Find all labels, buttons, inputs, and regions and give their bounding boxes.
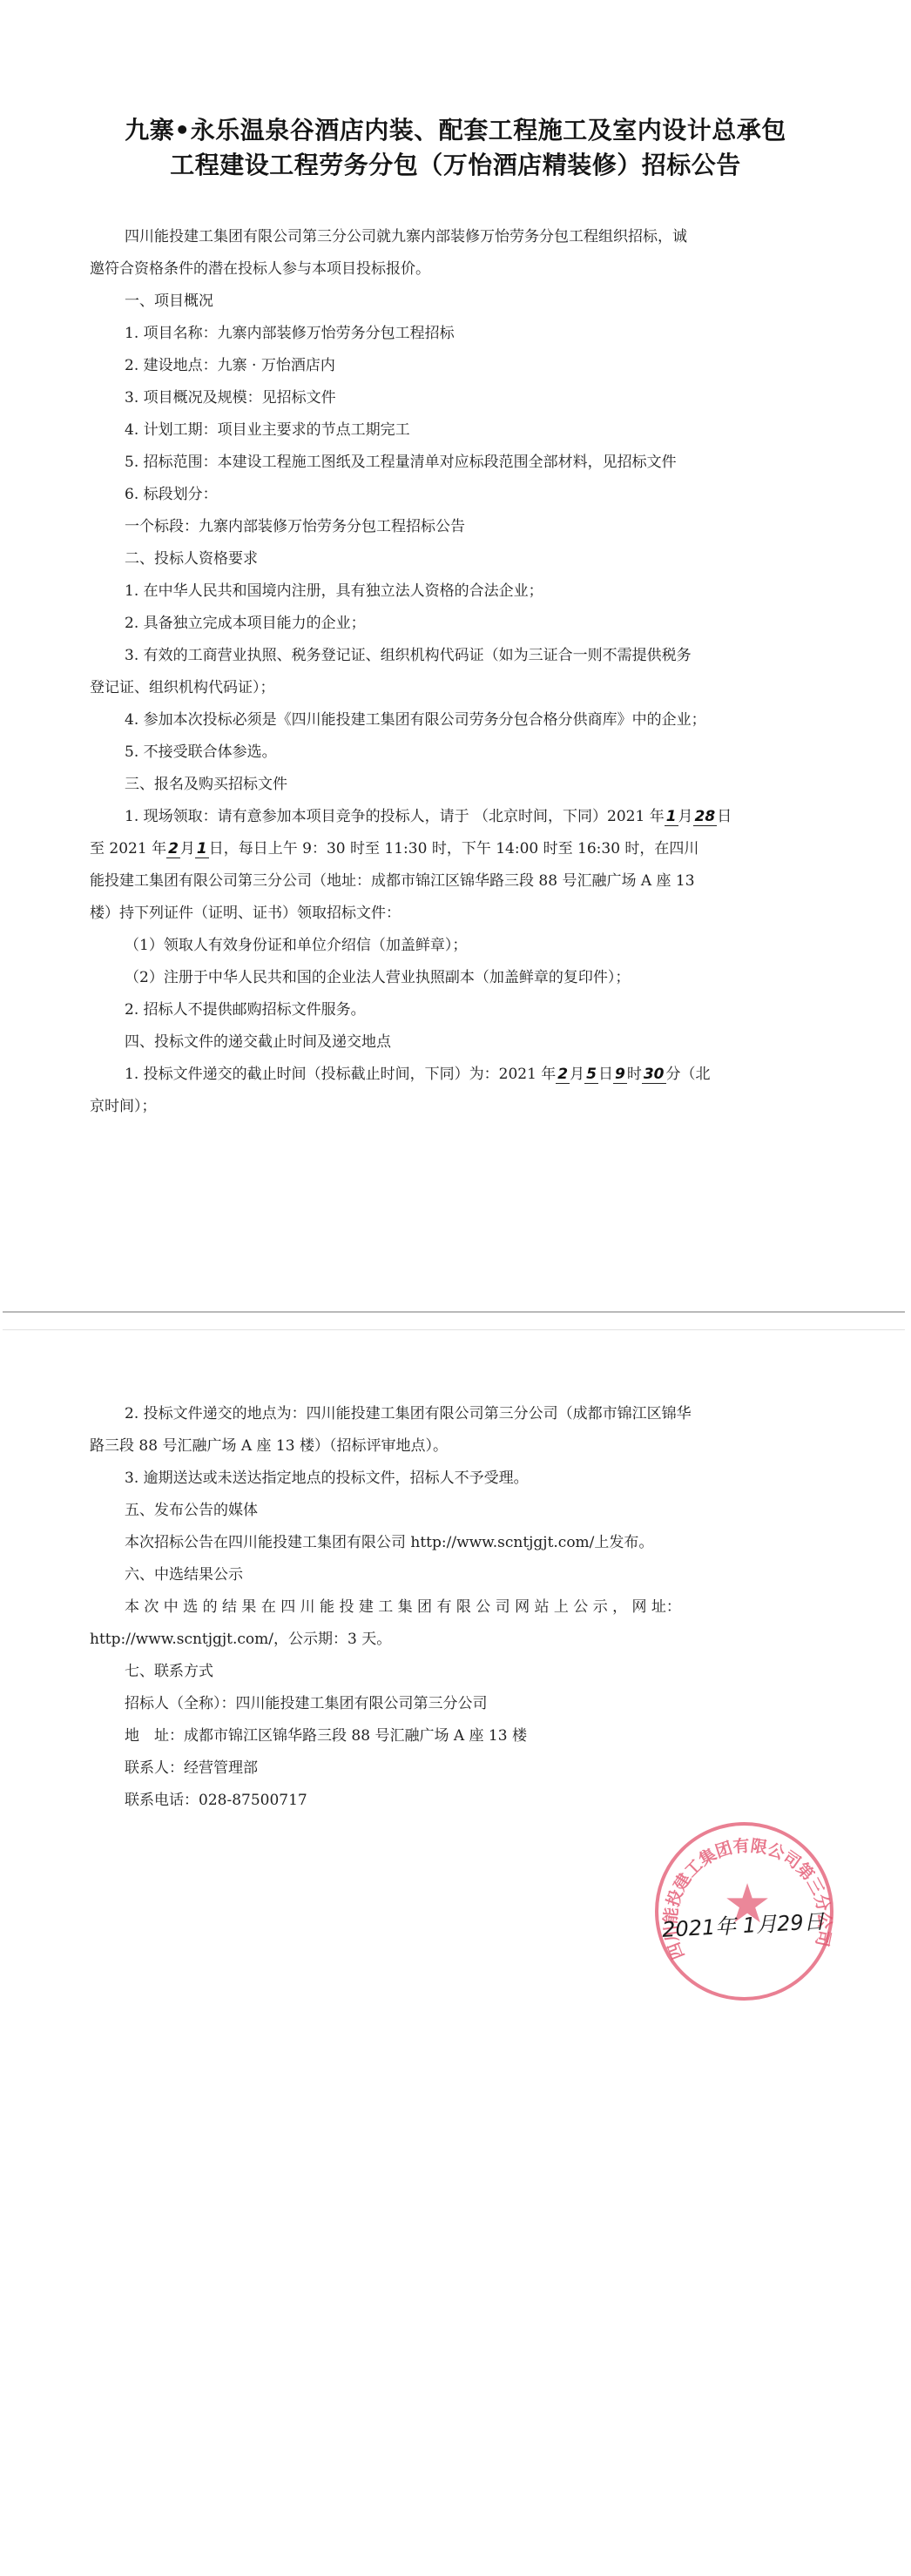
registration-doc-item-2: （2）注册于中华人民共和国的企业法人营业执照副本（加盖鲜章的复印件）； xyxy=(125,962,630,994)
day-label: 日 xyxy=(598,1066,613,1083)
contact-phone: 联系电话：028-87500717 xyxy=(125,1785,307,1817)
registration-line-1: 1. 现场领取：请有意参加本项目竞争的投标人，请于 （北京时间，下同）2021 … xyxy=(125,801,732,833)
page-break-line xyxy=(3,1311,905,1313)
deadline-line-2: 京时间）； xyxy=(90,1091,157,1123)
day-label: 日 xyxy=(717,808,732,825)
section-heading-registration: 三、报名及购买招标文件 xyxy=(125,769,287,801)
handwritten-end-month: 2 xyxy=(166,840,180,858)
results-line-2: http://www.scntjgjt.com/，公示期：3 天。 xyxy=(90,1624,391,1656)
submission-location-line-1: 2. 投标文件递交的地点为：四川能投建工集团有限公司第三分公司（成都市锦江区锦华 xyxy=(125,1398,692,1430)
hour-label: 时 xyxy=(627,1066,642,1083)
qualification-item-4: 4. 参加本次投标必须是《四川能投建工集团有限公司劳务分包合格分供商库》中的企业… xyxy=(125,704,706,736)
handwritten-end-day: 1 xyxy=(195,840,209,858)
registration-hours-text: 日，每日上午 9：30 时至 11:30 时，下午 14:00 时至 16:30… xyxy=(209,840,699,858)
section-heading-media: 五、发布公告的媒体 xyxy=(125,1495,258,1527)
page-break-line-secondary xyxy=(3,1329,905,1330)
project-item-5: 5. 招标范围：本建设工程施工图纸及工程量清单对应标段范围全部材料，见招标文件 xyxy=(125,447,677,479)
intro-paragraph-line-1: 四川能投建工集团有限公司第三分公司就九寨内部装修万怡劳务分包工程组织招标，诚 xyxy=(125,221,687,253)
registration-line-2: 至 2021 年2月1日，每日上午 9：30 时至 11:30 时，下午 14:… xyxy=(90,833,698,865)
late-submission-note: 3. 逾期送达或未送达指定地点的投标文件，招标人不予受理。 xyxy=(125,1463,529,1495)
handwritten-start-month: 1 xyxy=(665,808,678,826)
document-title-line-1: 九寨•永乐温泉谷酒店内装、配套工程施工及室内设计总承包 xyxy=(0,113,911,148)
handwritten-deadline-hour: 9 xyxy=(613,1066,627,1084)
qualification-item-3-line-2: 登记证、组织机构代码证）； xyxy=(90,672,275,704)
bid-section-line: 一个标段：九寨内部装修万怡劳务分包工程招标公告 xyxy=(125,511,465,543)
minute-label: 分（北 xyxy=(666,1066,711,1083)
intro-paragraph-line-2: 邀符合资格条件的潜在投标人参与本项目投标报价。 xyxy=(90,253,430,286)
media-publication-line: 本次招标公告在四川能投建工集团有限公司 http://www.scntjgjt.… xyxy=(125,1527,653,1559)
project-item-6: 6. 标段划分： xyxy=(125,479,218,511)
registration-text: 至 2021 年 xyxy=(90,840,166,858)
section-heading-contact: 七、联系方式 xyxy=(125,1656,213,1688)
project-item-3: 3. 项目概况及规模：见招标文件 xyxy=(125,382,336,414)
registration-line-4: 楼）持下列证件（证明、证书）领取招标文件： xyxy=(90,898,401,930)
submission-location-line-2: 路三段 88 号汇融广场 A 座 13 楼）（招标评审地点）。 xyxy=(90,1430,448,1463)
registration-note: 2. 招标人不提供邮购招标文件服务。 xyxy=(125,994,366,1026)
registration-text: 1. 现场领取：请有意参加本项目竞争的投标人，请于 （北京时间，下同）2021 … xyxy=(125,808,665,825)
contact-tenderer: 招标人（全称）：四川能投建工集团有限公司第三分公司 xyxy=(125,1688,488,1720)
qualification-item-1: 1. 在中华人民共和国境内注册，具有独立法人资格的合法企业； xyxy=(125,575,543,608)
contact-address: 地 址：成都市锦江区锦华路三段 88 号汇融广场 A 座 13 楼 xyxy=(125,1720,527,1752)
registration-line-3: 能投建工集团有限公司第三分公司（地址：成都市锦江区锦华路三段 88 号汇融广场 … xyxy=(90,865,695,898)
handwritten-deadline-day: 5 xyxy=(584,1066,598,1084)
results-line-1: 本 次 中 选 的 结 果 在 四 川 能 投 建 工 集 团 有 限 公 司 … xyxy=(125,1591,681,1624)
month-label: 月 xyxy=(180,840,195,858)
month-label: 月 xyxy=(570,1066,584,1083)
qualification-item-3-line-1: 3. 有效的工商营业执照、税务登记证、组织机构代码证（如为三证合一则不需提供税务 xyxy=(125,640,692,672)
month-label: 月 xyxy=(678,808,693,825)
section-heading-submission: 四、投标文件的递交截止时间及递交地点 xyxy=(125,1026,391,1059)
deadline-line-1: 1. 投标文件递交的截止时间（投标截止时间，下同）为：2021 年2月5日9时3… xyxy=(125,1059,711,1091)
qualification-item-5: 5. 不接受联合体参选。 xyxy=(125,736,277,769)
project-item-4: 4. 计划工期：项目业主要求的节点工期完工 xyxy=(125,414,410,447)
handwritten-deadline-month: 2 xyxy=(556,1066,570,1084)
registration-doc-item-1: （1）领取人有效身份证和单位介绍信（加盖鲜章）； xyxy=(125,930,467,962)
contact-person: 联系人：经营管理部 xyxy=(125,1752,258,1785)
section-heading-project-overview: 一、项目概况 xyxy=(125,286,213,318)
section-heading-qualifications: 二、投标人资格要求 xyxy=(125,543,258,575)
project-item-2: 2. 建设地点：九寨 · 万怡酒店内 xyxy=(125,350,335,382)
handwritten-start-day: 28 xyxy=(693,808,718,826)
project-item-1: 1. 项目名称：九寨内部装修万怡劳务分包工程招标 xyxy=(125,318,455,350)
deadline-text: 1. 投标文件递交的截止时间（投标截止时间，下同）为：2021 年 xyxy=(125,1066,556,1083)
handwritten-deadline-minute: 30 xyxy=(642,1066,666,1084)
qualification-item-2: 2. 具备独立完成本项目能力的企业； xyxy=(125,608,366,640)
section-heading-results: 六、中选结果公示 xyxy=(125,1559,243,1591)
document-title-line-2: 工程建设工程劳务分包（万怡酒店精装修）招标公告 xyxy=(0,148,911,183)
